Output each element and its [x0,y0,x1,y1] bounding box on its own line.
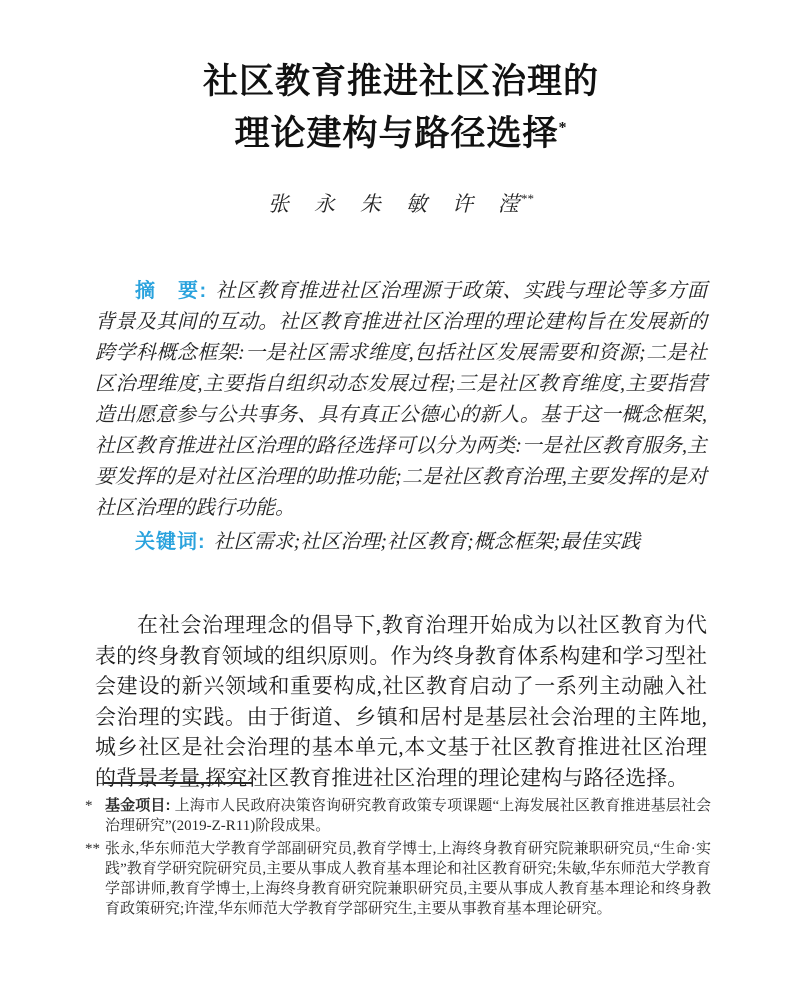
paper-title-line-2: 理论建构与路径选择* [95,108,707,160]
abstract-block: 摘 要:社区教育推进社区治理源于政策、实践与理论等多方面背景及其间的互动。社区教… [95,276,707,558]
footnote-marker-1: * [85,796,93,816]
paper-title-line-1: 社区教育推进社区治理的 [95,56,707,108]
keywords-label: 关键词: [135,531,206,553]
footnote-marker-2: ** [85,839,100,859]
keywords-line: 关键词:社区需求;社区治理;社区教育;概念框架;最佳实践 [95,527,707,558]
footnote-area: *基金项目:上海市人民政府决策咨询研究教育政策专项课题“上海发展社区教育推进基层… [85,782,711,922]
footnote-fund-text: 上海市人民政府决策咨询研究教育政策专项课题“上海发展社区教育推进基层社会治理研究… [105,798,711,834]
paper-title-line-2-text: 理论建构与路径选择 [234,114,558,153]
authors-line: 张 永 朱 敏 许 滢** [95,188,707,218]
footnote-fund-label: 基金项目: [105,797,171,814]
abstract-text: 社区教育推进社区治理源于政策、实践与理论等多方面背景及其间的互动。社区教育推进社… [95,280,707,519]
author-names: 张 永 朱 敏 许 滢 [268,192,521,216]
keywords-text: 社区需求;社区治理;社区教育;概念框架;最佳实践 [214,531,641,553]
footnote-authors-bio: **张永,华东师范大学教育学部副研究员,教育学博士,上海终身教育研究院兼职研究员… [85,839,711,919]
abstract-label: 摘 要: [135,280,207,302]
paper-page: 社区教育推进社区治理的 理论建构与路径选择* 张 永 朱 敏 许 滢** 摘 要… [0,0,799,993]
footnote-authors-bio-text: 张永,华东师范大学教育学部副研究员,教育学博士,上海终身教育研究院兼职研究员,“… [105,841,711,917]
footnote-divider [103,782,253,784]
footnote-fund-project: *基金项目:上海市人民政府决策咨询研究教育政策专项课题“上海发展社区教育推进基层… [85,796,711,836]
title-block: 社区教育推进社区治理的 理论建构与路径选择* [95,56,707,160]
title-footnote-marker: * [559,119,568,136]
authors-footnote-marker: ** [521,191,534,206]
body-paragraph: 在社会治理理念的倡导下,教育治理开始成为以社区教育为代表的终身教育领域的组织原则… [95,610,707,793]
abstract-paragraph: 摘 要:社区教育推进社区治理源于政策、实践与理论等多方面背景及其间的互动。社区教… [95,276,707,524]
